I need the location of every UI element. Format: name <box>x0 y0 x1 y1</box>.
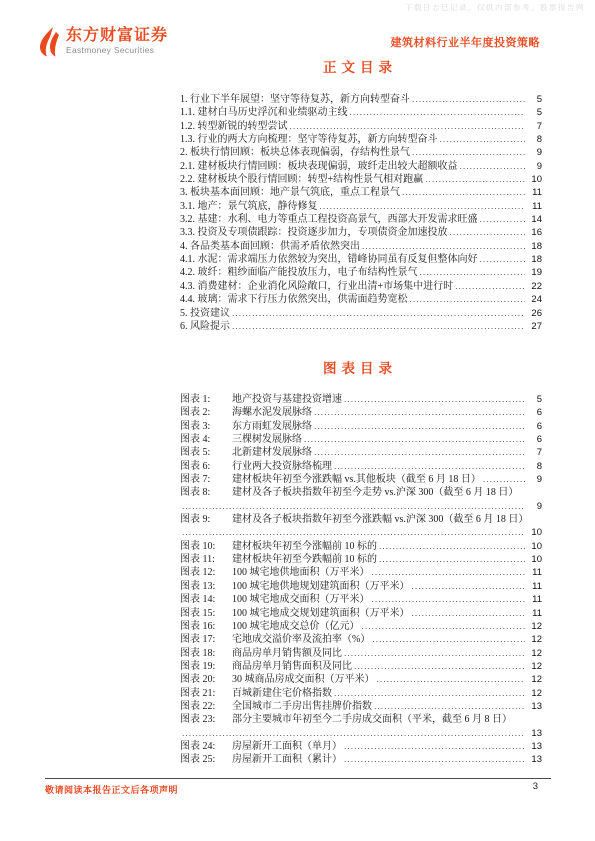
leader-dots <box>412 607 526 620</box>
page-number: 9 <box>527 473 542 486</box>
page-number: 12 <box>527 620 542 633</box>
page-number: 19 <box>527 266 542 279</box>
figure-entry[interactable]: 图表 9:建材及各子板块指数年初至今涨跌幅 vs.沪深 300（截至 6 月 1… <box>180 513 542 526</box>
figure-entry-title: 30 城商品房成交面积（万平米） <box>232 673 375 686</box>
toc-entry[interactable]: 3.1. 地产：景气筑底，静待修复11 <box>180 200 542 213</box>
page-number: 5 <box>527 393 542 406</box>
toc-entry[interactable]: 4.3. 消费建材：企业消化风险敞口，行业出清+市场集中进行时22 <box>180 280 542 293</box>
page-number: 13 <box>527 740 542 753</box>
figure-entry-number: 图表 19: <box>180 660 232 673</box>
figure-entry-number: 图表 10: <box>180 540 232 553</box>
leader-dots <box>483 473 525 486</box>
figure-entry-title: 建材板块年初至今跌幅前 10 标的 <box>232 553 377 566</box>
page-number: 8 <box>527 133 542 146</box>
leader-dots <box>334 460 525 473</box>
figure-entry[interactable]: 图表 5:北新建材发展脉络7 <box>180 446 542 459</box>
page-number: 12 <box>527 673 542 686</box>
top-watermark: 下载日志已记录，仅供内部参考。股票报告网 <box>405 2 585 13</box>
toc-entry[interactable]: 2. 板块行情回顾：板块总体表现偏弱，存结构性景气9 <box>180 146 542 159</box>
toc-entry-label: 6. 风险提示 <box>180 320 230 333</box>
toc-heading: 正文目录 <box>180 56 540 76</box>
leader-dots <box>412 580 526 593</box>
figure-entry-title: 100 城宅地成交面积（万平米） <box>232 593 370 606</box>
figure-entry-number: 图表 13: <box>180 580 232 593</box>
figure-entry[interactable]: 图表 19:商品房单月销售面积及同比12 <box>180 660 542 673</box>
figure-entry-title: 100 城宅地成交规划建筑面积（万平米） <box>232 607 410 620</box>
leader-dots <box>410 293 526 306</box>
leader-dots <box>420 266 526 279</box>
figure-entry-number: 图表 22: <box>180 700 232 713</box>
toc-entry-label: 1.2. 转型新锐的转型尝试 <box>180 120 288 133</box>
figure-entry-number: 图表 11: <box>180 553 232 566</box>
figure-entry[interactable]: 图表 16:100 城宅地成交总价（亿元）12 <box>180 620 542 633</box>
page-number: 12 <box>527 647 542 660</box>
toc-entry[interactable]: 4.1. 水泥：需求端压力依然较为突出，错峰协同虽有反复但整体向好18 <box>180 253 542 266</box>
toc-entry-label: 4.3. 消费建材：企业消化风险敞口，行业出清+市场集中进行时 <box>180 280 453 293</box>
eastmoney-logo-icon <box>38 27 62 59</box>
figure-entry-number: 图表 16: <box>180 620 232 633</box>
leader-dots <box>425 173 525 186</box>
figure-entry-number: 图表 21: <box>180 687 232 700</box>
figure-entry[interactable]: 图表 10:建材板块年初至今涨幅前 10 标的10 <box>180 540 542 553</box>
leader-dots <box>320 200 526 213</box>
toc-list: 1. 行业下半年展望：坚守等待复苏，新方向转型奋斗51.1. 建材白马历史浮沉和… <box>180 93 542 333</box>
page-number: 6 <box>527 433 542 446</box>
toc-entry-label: 4.4. 玻璃：需求下行压力依然突出，供需面趋势宽松 <box>180 293 408 306</box>
leader-dots <box>314 446 525 459</box>
toc-entry-label: 4.1. 水泥：需求端压力依然较为突出，错峰协同虽有反复但整体向好 <box>180 253 478 266</box>
toc-entry-label: 5. 投资建议 <box>180 307 230 320</box>
page-number: 12 <box>527 687 542 700</box>
toc-entry[interactable]: 4.4. 玻璃：需求下行压力依然突出，供需面趋势宽松24 <box>180 293 542 306</box>
figure-entry[interactable]: 图表 6:行业两大投资脉络梳理8 <box>180 460 542 473</box>
footer-divider <box>45 778 551 779</box>
page-number: 14 <box>527 213 542 226</box>
figure-entry-title: 建材板块年初至今涨跌幅 vs.其他板块（截至 6 月 18 日） <box>232 473 481 486</box>
toc-entry[interactable]: 1. 行业下半年展望：坚守等待复苏，新方向转型奋斗5 <box>180 93 542 106</box>
toc-entry[interactable]: 3. 板块基本面回顾：地产景气筑底，重点工程景气11 <box>180 186 542 199</box>
page-number: 9 <box>527 146 542 159</box>
toc-entry[interactable]: 4.2. 玻纤：粗纱面临产能投放压力，电子布结构性景气19 <box>180 266 542 279</box>
page-number: 11 <box>527 607 542 620</box>
leader-dots <box>460 160 526 173</box>
page-number: 10 <box>527 540 542 553</box>
leader-dots <box>314 406 525 419</box>
leader-dots <box>350 106 526 119</box>
figure-entry[interactable]: 图表 1:地产投资与基建投资增速5 <box>180 393 542 406</box>
figure-entry-number: 图表 18: <box>180 647 232 660</box>
page-number: 10 <box>527 553 542 566</box>
leader-dots <box>290 120 526 133</box>
figure-entry[interactable]: 图表 24:房屋新开工面积（单月）13 <box>180 740 542 753</box>
toc-entry-label: 1.1. 建材白马历史浮沉和业绩驱动主线 <box>180 106 348 119</box>
leader-dots <box>344 740 525 753</box>
figure-entry-title: 商品房单月销售面积及同比 <box>232 660 352 673</box>
figure-entry-title: 房屋新开工面积（单月） <box>232 740 342 753</box>
figure-entry-title: 100 城宅地供地面积（万平米） <box>232 566 370 579</box>
toc-entry-label: 3.2. 基建：水利、电力等重点工程投资高景气，西部大开发需求旺盛 <box>180 213 478 226</box>
leader-dots <box>344 753 525 766</box>
page-number: 11 <box>527 200 542 213</box>
leader-dots <box>450 226 526 239</box>
toc-entry-label: 3. 板块基本面回顾：地产景气筑底，重点工程景气 <box>180 186 400 199</box>
page-number: 18 <box>527 253 542 266</box>
logo-en-text: Eastmoney Securities <box>66 45 168 55</box>
figures-list: 图表 1:地产投资与基建投资增速5图表 2:海螺水泥发展脉络6图表 3:东方雨虹… <box>180 393 542 767</box>
figure-entry-number: 图表 15: <box>180 607 232 620</box>
logo-cn-text: 东方财富证券 <box>66 27 168 45</box>
figure-entry-title: 东方雨虹发展脉络 <box>232 420 312 433</box>
toc-entry[interactable]: 1.1. 建材白马历史浮沉和业绩驱动主线5 <box>180 106 542 119</box>
leader-dots <box>232 307 525 320</box>
figure-entry-title: 北新建材发展脉络 <box>232 446 312 459</box>
figure-entry-number: 图表 24: <box>180 740 232 753</box>
figure-entry[interactable]: 图表 22:全国城市二手房出售挂牌价指数13 <box>180 700 542 713</box>
leader-dots <box>182 727 525 740</box>
leader-dots <box>480 213 526 226</box>
toc-entry[interactable]: 1.3. 行业的两大方向梳理：坚守等待复苏，新方向转型奋斗8 <box>180 133 542 146</box>
figure-entry[interactable]: 图表 15:100 城宅地成交规划建筑面积（万平米）11 <box>180 607 542 620</box>
figure-entry-title: 建材板块年初至今涨幅前 10 标的 <box>232 540 377 553</box>
leader-dots <box>304 433 525 446</box>
toc-entry[interactable]: 2.1. 建材板块行情回顾：板块表现偏弱，玻纤走出较大超额收益9 <box>180 160 542 173</box>
page-number: 12 <box>527 660 542 673</box>
figure-entry[interactable]: 图表 25:房屋新开工面积（累计）13 <box>180 753 542 766</box>
toc-entry-label: 2.2. 建材板块个股行情回顾：转型+结构性景气相对跑赢 <box>180 173 423 186</box>
leader-dots <box>480 253 526 266</box>
leader-dots <box>344 393 525 406</box>
toc-entry-label: 1.3. 行业的两大方向梳理：坚守等待复苏，新方向转型奋斗 <box>180 133 438 146</box>
report-title: 建筑材料行业半年度投资策略 <box>391 34 541 50</box>
toc-entry[interactable]: 5. 投资建议26 <box>180 307 542 320</box>
page-number: 8 <box>527 460 542 473</box>
figure-entry-number: 图表 20: <box>180 673 232 686</box>
page-number: 24 <box>527 293 542 306</box>
figure-entry[interactable]: 图表 13:100 城宅地供地规划建筑面积（万平米）11 <box>180 580 542 593</box>
figure-entry-number: 图表 9: <box>180 513 232 526</box>
figure-entry-number: 图表 12: <box>180 566 232 579</box>
figure-entry[interactable]: 图表 23:部分主要城市年初至今二手房成交面积（平米，截至 6 月 8 日） <box>180 713 542 726</box>
toc-entry[interactable]: 1.2. 转型新锐的转型尝试7 <box>180 120 542 133</box>
figure-entry-number: 图表 3: <box>180 420 232 433</box>
figure-entry-continuation[interactable]: 10 <box>180 526 542 539</box>
figure-entry-title: 部分主要城市年初至今二手房成交面积（平米，截至 6 月 8 日） <box>232 713 512 726</box>
page-number: 10 <box>527 173 542 186</box>
page-number: 26 <box>527 307 542 320</box>
toc-entry[interactable]: 4. 各品类基本面回顾：供需矛盾依然突出18 <box>180 240 542 253</box>
page-number: 10 <box>527 526 542 539</box>
figure-entry[interactable]: 图表 11:建材板块年初至今跌幅前 10 标的10 <box>180 553 542 566</box>
figure-entry-title: 建材及各子板块指数年初至今走势 vs.沪深 300（截至 6 月 18 日） <box>232 486 518 499</box>
toc-entry-label: 4. 各品类基本面回顾：供需矛盾依然突出 <box>180 240 360 253</box>
leader-dots <box>334 687 525 700</box>
figure-entry-number: 图表 4: <box>180 433 232 446</box>
leader-dots <box>362 240 525 253</box>
leader-dots <box>455 280 525 293</box>
page-number: 5 <box>527 106 542 119</box>
figure-entry-title: 行业两大投资脉络梳理 <box>232 460 332 473</box>
figure-entry[interactable]: 图表 8:建材及各子板块指数年初至今走势 vs.沪深 300（截至 6 月 18… <box>180 486 542 499</box>
leader-dots <box>314 420 525 433</box>
page-number: 11 <box>527 566 542 579</box>
page-number: 18 <box>527 240 542 253</box>
toc-entry[interactable]: 2.2. 建材板块个股行情回顾：转型+结构性景气相对跑赢10 <box>180 173 542 186</box>
figure-entry-number: 图表 14: <box>180 593 232 606</box>
page-number: 27 <box>527 320 542 333</box>
footer-page-number: 3 <box>533 781 538 792</box>
leader-dots <box>379 540 525 553</box>
figures-heading: 图表目录 <box>180 357 540 377</box>
toc-entry[interactable]: 3.3. 投资及专项债跟踪：投资逐步加力，专项债资金加速投放16 <box>180 226 542 239</box>
leader-dots <box>232 320 525 333</box>
leader-dots <box>182 500 525 513</box>
leader-dots <box>182 526 525 539</box>
toc-entry-label: 4.2. 玻纤：粗纱面临产能投放压力，电子布结构性景气 <box>180 266 418 279</box>
page-number: 13 <box>527 700 542 713</box>
page-number: 16 <box>527 226 542 239</box>
figure-entry-number: 图表 17: <box>180 633 232 646</box>
page-number: 6 <box>527 420 542 433</box>
leader-dots <box>372 633 525 646</box>
leader-dots <box>412 146 525 159</box>
figure-entry[interactable]: 图表 3:东方雨虹发展脉络6 <box>180 420 542 433</box>
leader-dots <box>374 700 525 713</box>
leader-dots <box>440 133 526 146</box>
page-number: 9 <box>527 160 542 173</box>
toc-entry[interactable]: 3.2. 基建：水利、电力等重点工程投资高景气，西部大开发需求旺盛14 <box>180 213 542 226</box>
leader-dots <box>344 647 525 660</box>
figure-entry-number: 图表 2: <box>180 406 232 419</box>
figure-entry-number: 图表 1: <box>180 393 232 406</box>
leader-dots <box>412 93 525 106</box>
figure-entry[interactable]: 图表 12:100 城宅地供地面积（万平米）11 <box>180 566 542 579</box>
figure-entry-continuation[interactable]: 9 <box>180 500 542 513</box>
toc-entry-label: 2.1. 建材板块行情回顾：板块表现偏弱，玻纤走出较大超额收益 <box>180 160 458 173</box>
figure-entry-title: 建材及各子板块指数年初至今涨跌幅 vs.沪深 300（截至 6 月 18 日） <box>232 513 528 526</box>
page-number: 12 <box>527 633 542 646</box>
toc-entry-label: 2. 板块行情回顾：板块总体表现偏弱，存结构性景气 <box>180 146 410 159</box>
toc-entry-label: 1. 行业下半年展望：坚守等待复苏，新方向转型奋斗 <box>180 93 410 106</box>
figure-entry[interactable]: 图表 2:海螺水泥发展脉络6 <box>180 406 542 419</box>
figure-entry-number: 图表 25: <box>180 753 232 766</box>
figure-entry-title: 宅地成交溢价率及流拍率（%） <box>232 633 370 646</box>
page-number: 13 <box>527 727 542 740</box>
figure-entry-number: 图表 8: <box>180 486 232 499</box>
figure-entry-number: 图表 5: <box>180 446 232 459</box>
figure-entry[interactable]: 图表 17:宅地成交溢价率及流拍率（%）12 <box>180 633 542 646</box>
figure-entry-number: 图表 6: <box>180 460 232 473</box>
figure-entry-title: 海螺水泥发展脉络 <box>232 406 312 419</box>
page-number: 6 <box>527 406 542 419</box>
figure-entry-continuation[interactable]: 13 <box>180 727 542 740</box>
page-number: 11 <box>527 593 542 606</box>
page-number: 11 <box>527 580 542 593</box>
page-number: 7 <box>527 120 542 133</box>
leader-dots <box>372 593 526 606</box>
page-number: 22 <box>527 280 542 293</box>
figure-entry-number: 图表 7: <box>180 473 232 486</box>
figure-entry-title: 房屋新开工面积（累计） <box>232 753 342 766</box>
figure-entry-title: 百城新建住宅价格指数 <box>232 687 332 700</box>
figure-entry-title: 三棵树发展脉络 <box>232 433 302 446</box>
figure-entry[interactable]: 图表 14:100 城宅地成交面积（万平米）11 <box>180 593 542 606</box>
figure-entry-number: 图表 23: <box>180 713 232 726</box>
figure-entry-title: 100 城宅地供地规划建筑面积（万平米） <box>232 580 410 593</box>
figure-entry-title: 商品房单月销售额及同比 <box>232 647 342 660</box>
leader-dots <box>372 566 526 579</box>
figure-entry-title: 地产投资与基建投资增速 <box>232 393 342 406</box>
leader-dots <box>379 553 525 566</box>
page-number: 13 <box>527 753 542 766</box>
leader-dots <box>377 673 526 686</box>
page-number: 5 <box>527 93 542 106</box>
leader-dots <box>354 660 525 673</box>
eastmoney-logo: 东方财富证券 Eastmoney Securities <box>38 27 168 59</box>
toc-entry-label: 3.3. 投资及专项债跟踪：投资逐步加力，专项债资金加速投放 <box>180 226 448 239</box>
leader-dots <box>402 186 525 199</box>
toc-entry-label: 3.1. 地产：景气筑底，静待修复 <box>180 200 318 213</box>
leader-dots <box>362 620 526 633</box>
footer-disclaimer: 敬请阅读本报告正文后各项声明 <box>45 783 178 796</box>
figure-entry[interactable]: 图表 7:建材板块年初至今涨跌幅 vs.其他板块（截至 6 月 18 日）9 <box>180 473 542 486</box>
figure-entry-title: 全国城市二手房出售挂牌价指数 <box>232 700 372 713</box>
toc-entry[interactable]: 6. 风险提示27 <box>180 320 542 333</box>
figure-entry-title: 100 城宅地成交总价（亿元） <box>232 620 360 633</box>
figure-entry[interactable]: 图表 18:商品房单月销售额及同比12 <box>180 647 542 660</box>
figure-entry[interactable]: 图表 21:百城新建住宅价格指数12 <box>180 687 542 700</box>
figure-entry[interactable]: 图表 20:30 城商品房成交面积（万平米）12 <box>180 673 542 686</box>
page-number: 7 <box>527 446 542 459</box>
page-number: 9 <box>527 500 542 513</box>
figure-entry[interactable]: 图表 4:三棵树发展脉络6 <box>180 433 542 446</box>
page-number: 11 <box>527 186 542 199</box>
eastmoney-logo-text: 东方财富证券 Eastmoney Securities <box>66 27 168 55</box>
